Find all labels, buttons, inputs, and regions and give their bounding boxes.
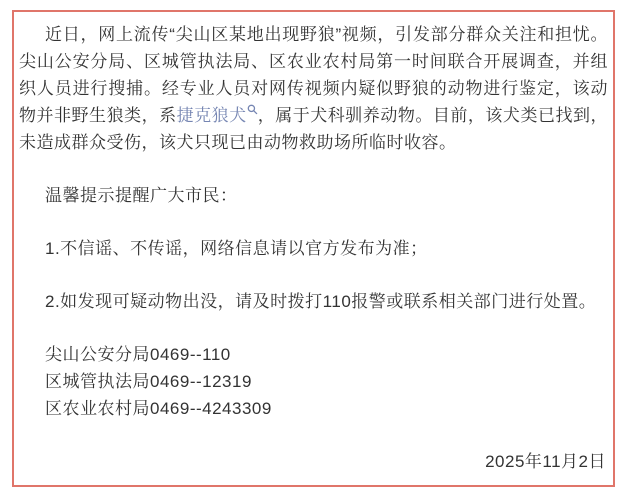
contact-phone: 0469--12319: [150, 372, 252, 391]
contact-line-urban-admin: 区城管执法局0469--12319: [19, 368, 608, 395]
notice-panel: 近日，网上流传“尖山区某地出现野狼”视频，引发部分群众关注和担忧。尖山公安分局、…: [12, 10, 615, 487]
search-icon[interactable]: [247, 104, 258, 115]
entity-link-label[interactable]: 捷克狼犬: [177, 106, 247, 125]
tip-heading: 温馨提示提醒广大市民：: [19, 182, 608, 209]
contact-phone: 0469--110: [150, 345, 231, 364]
contact-label: 区农业农村局: [45, 399, 150, 418]
contact-label: 区城管执法局: [45, 372, 150, 391]
entity-link-czech-wolfdog[interactable]: 捷克狼犬: [177, 106, 258, 125]
notice-paragraph-main: 近日，网上流传“尖山区某地出现野狼”视频，引发部分群众关注和担忧。尖山公安分局、…: [19, 21, 608, 156]
tip-item-1: 1.不信谣、不传谣，网络信息请以官方发布为准；: [19, 235, 608, 262]
contact-label: 尖山公安分局: [45, 345, 150, 364]
notice-date: 2025年11月2日: [19, 448, 608, 475]
tip-item-2: 2.如发现可疑动物出没，请及时拨打110报警或联系相关部门进行处置。: [19, 288, 608, 315]
contact-list: 尖山公安分局0469--110 区城管执法局0469--12319 区农业农村局…: [19, 341, 608, 422]
contact-phone: 0469--4243309: [150, 399, 272, 418]
contact-line-agriculture: 区农业农村局0469--4243309: [19, 395, 608, 422]
contact-line-police: 尖山公安分局0469--110: [19, 341, 608, 368]
